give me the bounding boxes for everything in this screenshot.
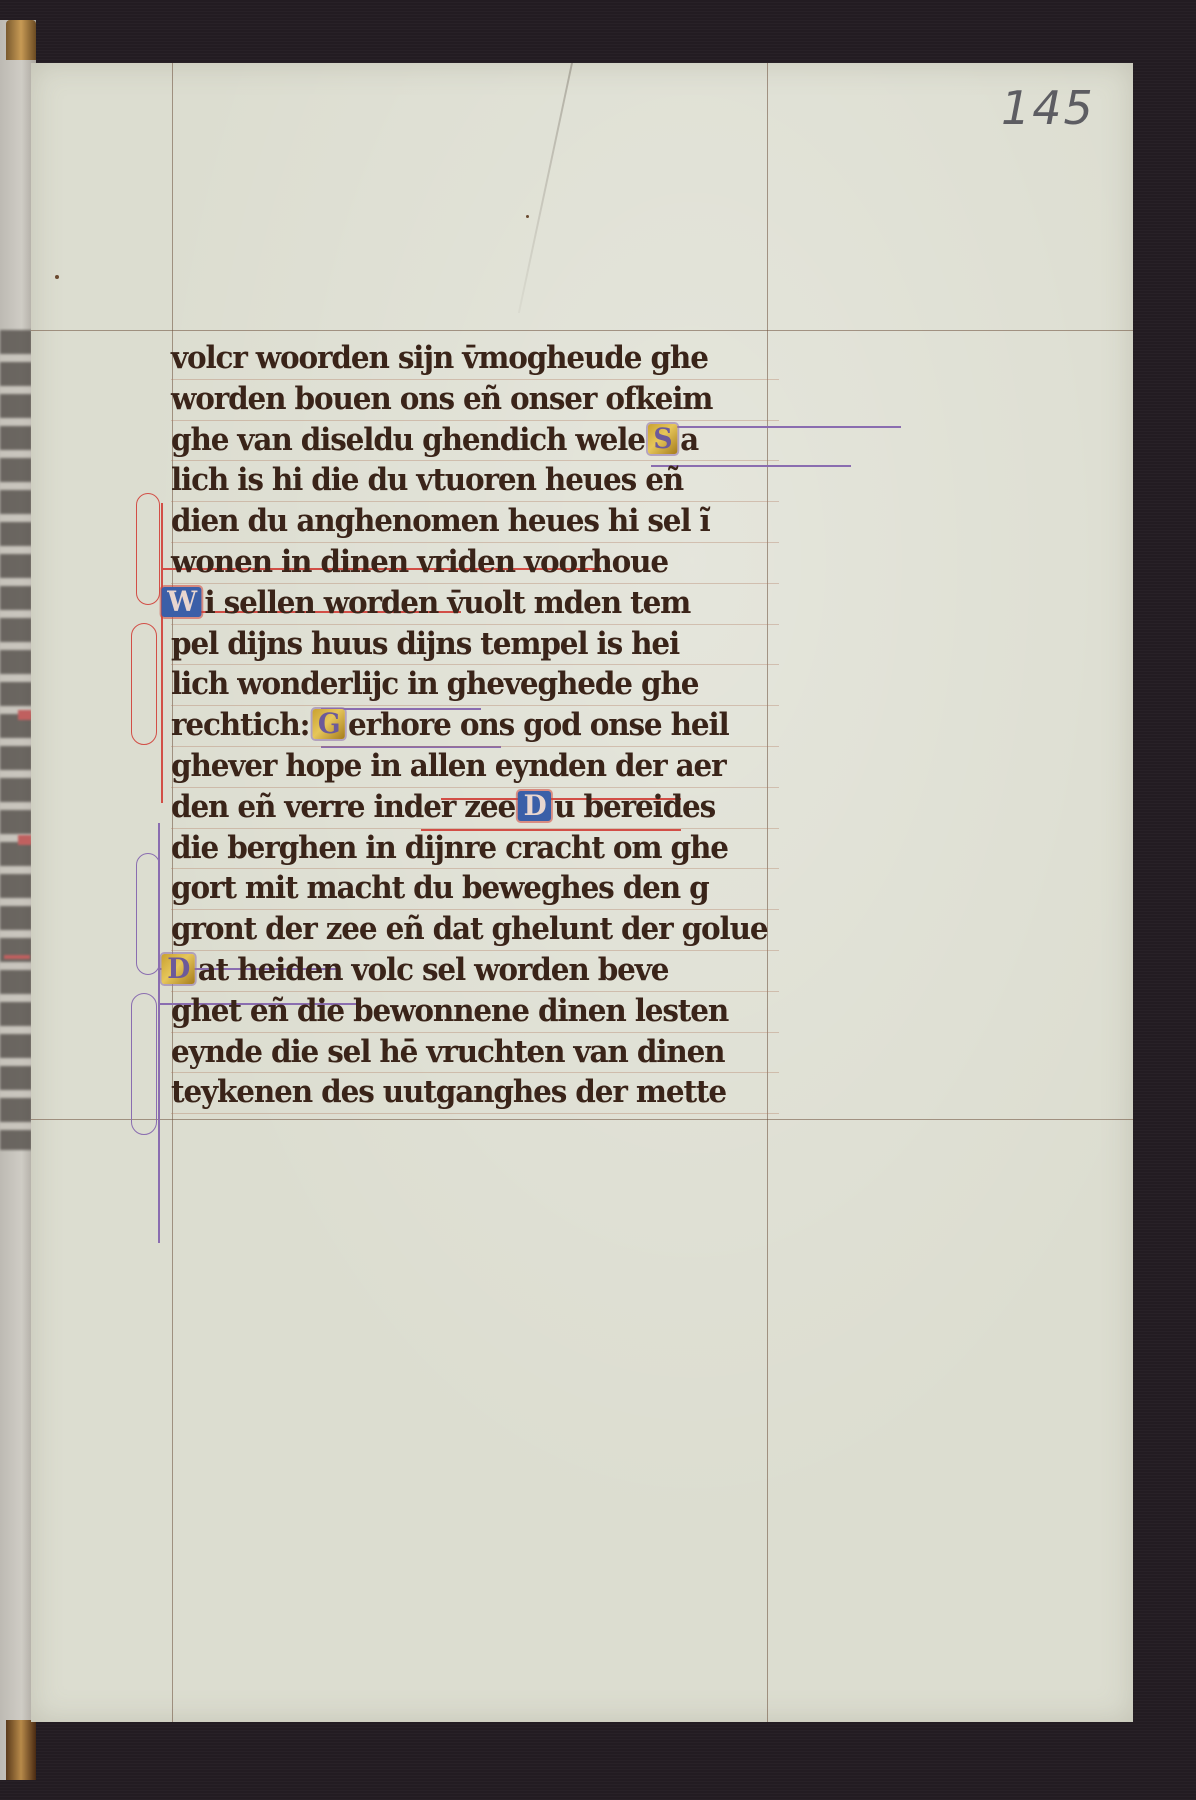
text-line-6: wonen in dinen vriden voorhoue xyxy=(171,543,779,584)
gold-initial-d: D xyxy=(162,954,195,984)
text-line-13: die berghen in dijnre cracht om ghe xyxy=(171,829,779,870)
binding-corner-bottom xyxy=(6,1720,36,1780)
prick-mark xyxy=(55,275,59,279)
text-line-16: Dat heiden volc sel worden beve xyxy=(171,951,779,992)
text-line-19: teykenen des uutganghes der mette xyxy=(171,1073,779,1114)
previous-page-text xyxy=(0,330,32,1150)
text-line-9: lich wonderlijc in gheveghede ghe xyxy=(171,665,779,706)
text-line-10: rechtich:Gerhore ons god onse heil xyxy=(171,706,779,747)
text-line-3: ghe van diseldu ghendich weleSa xyxy=(171,421,779,462)
text-block: volcr woorden sijn v̄mogheude ghe worden… xyxy=(171,339,811,1114)
page-crease xyxy=(518,63,573,313)
manuscript-page: 145 volcr woorden sijn v̄mogheude ghe wo… xyxy=(31,63,1133,1722)
ink-speck xyxy=(526,215,529,218)
blue-initial-d: D xyxy=(518,791,551,821)
previous-page-rubric xyxy=(4,955,30,959)
purple-penwork-loop xyxy=(131,993,157,1135)
text-line-2: worden bouen ons eñ onser ofkeim xyxy=(171,380,779,421)
text-line-1: volcr woorden sijn v̄mogheude ghe xyxy=(171,339,779,380)
text-line-5: dien du anghenomen heues hi sel ĩ xyxy=(171,502,779,543)
binding-corner-top xyxy=(6,20,36,60)
text-line-4: lich is hi die du vtuoren heues eñ xyxy=(171,461,779,502)
gold-initial-s: S xyxy=(648,424,677,454)
text-line-8: pel dijns huus dijns tempel is hei xyxy=(171,625,779,666)
gold-initial-g: G xyxy=(312,709,345,739)
red-penwork-loop xyxy=(131,623,157,745)
text-line-18: eynde die sel hē vruchten van dinen xyxy=(171,1033,779,1074)
text-line-12: den eñ verre inder zeeDu bereides xyxy=(171,788,779,829)
text-line-15: gront der zee eñ dat ghelunt der golue xyxy=(171,910,779,951)
blue-initial-w: W xyxy=(162,587,202,617)
text-line-7: Wi sellen worden v̄uolt mden tem xyxy=(171,584,779,625)
previous-page-rubric xyxy=(18,710,32,720)
text-line-17: ghet eñ die bewonnene dinen lesten xyxy=(171,992,779,1033)
red-penwork-stem xyxy=(161,503,163,803)
ruling-line-bottom xyxy=(31,1119,1133,1120)
red-penwork-loop xyxy=(136,493,160,605)
text-line-14: gort mit macht du beweghes den g xyxy=(171,869,779,910)
text-line-11: ghever hope in allen eynden der aer xyxy=(171,747,779,788)
folio-number: 145 xyxy=(1001,81,1095,135)
purple-penwork-loop xyxy=(136,853,160,975)
previous-page-rubric xyxy=(18,835,32,845)
ruling-line-top xyxy=(31,330,1133,331)
